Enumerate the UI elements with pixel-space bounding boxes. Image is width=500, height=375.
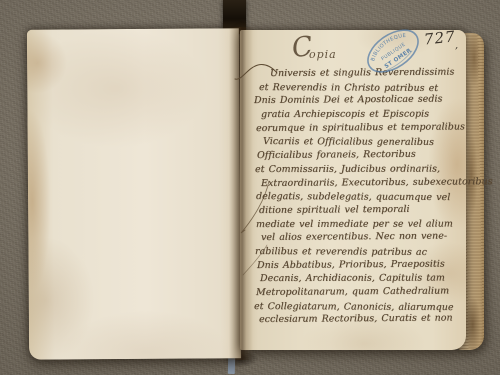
manuscript-line: eorumque in spiritualibus et temporalibu…: [256, 120, 458, 135]
folio-number: 727: [423, 27, 456, 48]
manuscript-line: Metropolitanarum, quam Cathedralium: [256, 284, 458, 299]
left-page-blank: [27, 28, 241, 359]
manuscript-line: gratia Archiepiscopis et Episcopis: [261, 108, 458, 122]
manuscript-line: Extraordinariis, Executoribus, subexecut…: [261, 175, 458, 190]
manuscript-line: Dnis Abbatibus, Prioribus, Praepositis: [257, 257, 458, 272]
manuscript-line: Officialibus foraneis, Rectoribus: [257, 148, 458, 163]
manuscript-line: et Commissariis, Judicibus ordinariis,: [255, 162, 458, 176]
manuscript-line: ditione spirituali vel temporali: [259, 202, 458, 217]
manuscript-line: Universis et singulis Reverendissimis: [270, 66, 458, 81]
folio-mark: ,: [455, 40, 458, 51]
manuscript-photo: C opia BIBLIOTHEQUE PUBLIQUE ST OMER 727…: [0, 0, 500, 375]
manuscript-line: ecclesiarum Rectoribus, Curatis et non: [259, 312, 458, 327]
manuscript-line: vel alios exercentibus. Nec non vene-: [261, 230, 458, 245]
heading-rest: opia: [309, 48, 337, 61]
manuscript-text-block: Universis et singulis Reverendissimis et…: [254, 67, 458, 327]
manuscript-line: Dnis Dominis Dei et Apostolicae sedis: [254, 93, 458, 108]
blue-bookmark-ribbon: [228, 356, 235, 374]
